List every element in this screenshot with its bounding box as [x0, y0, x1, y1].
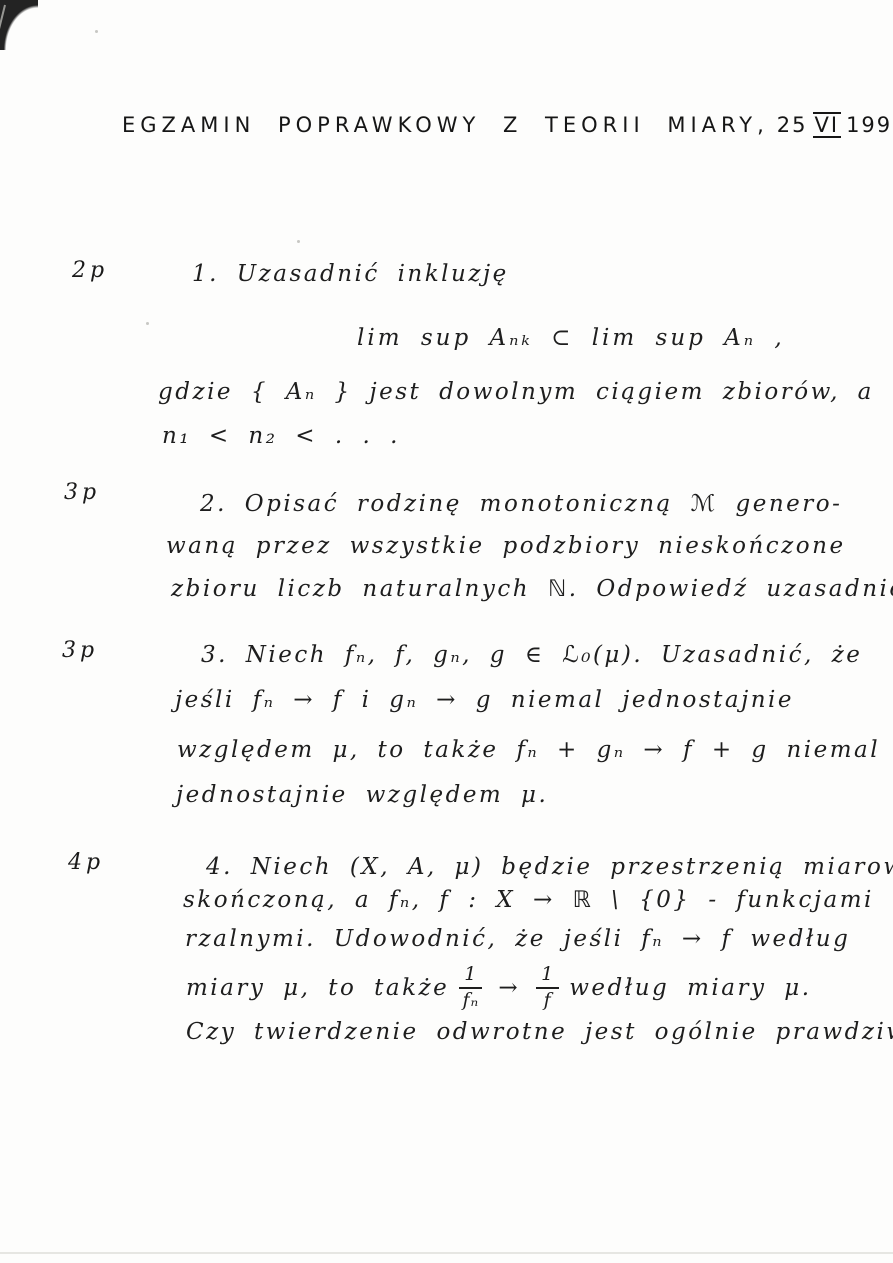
- problem-1-line-2: gdzie { Aₙ } jest dowolnym ciągiem zbior…: [158, 378, 874, 407]
- problem-3-line-3: względem μ, to także fₙ + gₙ → f + g nie…: [177, 736, 880, 765]
- problem-3-line-4: jednostajnie względem μ.: [176, 781, 548, 810]
- problem-4-line-3: rzalnymi. Udowodnić, że jeśli fₙ → f wed…: [185, 925, 850, 954]
- problem-1-line-1: 1. Uzasadnić inkluzję: [192, 260, 509, 289]
- exam-date: 25VI1998: [777, 113, 893, 137]
- arrow-glyph: →: [498, 974, 520, 1003]
- problem-1-line-3: n₁ < n₂ < . . .: [162, 422, 400, 451]
- problem-2-line-1: 2. Opisać rodzinę monotoniczną ℳ genero-: [200, 490, 842, 519]
- fraction-denominator: f: [544, 989, 552, 1012]
- date-month-roman: VI: [813, 112, 842, 138]
- scan-speck: [146, 322, 149, 325]
- fraction-one-over-f: 1 f: [536, 964, 559, 1012]
- scan-speck: [297, 240, 300, 243]
- problem-4-line-2: skończoną, a fₙ, f : X → ℝ \ {0} - funkc…: [183, 886, 893, 915]
- problem-3-points: 3p: [62, 638, 98, 663]
- problem-2-line-3: zbioru liczb naturalnych ℕ. Odpowiedź uz…: [171, 575, 893, 604]
- problem-3-line-1: 3. Niech fₙ, f, gₙ, g ∈ ℒ₀(μ). Uzasadnić…: [201, 641, 862, 670]
- exam-title-text: EGZAMIN POPRAWKOWY Z TEORII MIARY,: [122, 113, 769, 137]
- problem-4-line-4: miary μ, to także 1 fₙ → 1 f według miar…: [186, 960, 812, 1016]
- exam-title: EGZAMIN POPRAWKOWY Z TEORII MIARY,25VI19…: [122, 112, 893, 138]
- problem-2-points: 3p: [64, 480, 100, 505]
- problem-1-points: 2p: [72, 258, 108, 283]
- problem-4-line-4-suffix: według miary μ.: [569, 974, 811, 1003]
- scan-line: [0, 1252, 893, 1254]
- fraction-one-over-fn: 1 fₙ: [459, 964, 482, 1012]
- problem-4-line-5: Czy twierdzenie odwrotne jest ogólnie pr…: [186, 1018, 893, 1047]
- problem-1-formula: lim sup Aₙₖ ⊂ lim sup Aₙ ,: [357, 324, 785, 353]
- problem-4-line-1: 4. Niech (X, A, μ) będzie przestrzenią m…: [206, 853, 893, 882]
- date-day: 25: [777, 113, 808, 137]
- fraction-numerator: 1: [459, 964, 482, 989]
- date-year: 1998: [846, 113, 893, 137]
- scan-speck: [95, 30, 98, 33]
- paper-corner-artifact: [0, 0, 38, 50]
- fraction-denominator: fₙ: [462, 989, 479, 1012]
- problem-4-points: 4p: [68, 850, 104, 875]
- fraction-numerator: 1: [536, 964, 559, 989]
- problem-4-line-4-prefix: miary μ, to także: [186, 974, 449, 1003]
- problem-2-line-2: waną przez wszystkie podzbiory nieskończ…: [166, 532, 846, 561]
- scanned-exam-page: EGZAMIN POPRAWKOWY Z TEORII MIARY,25VI19…: [0, 0, 893, 1263]
- problem-3-line-2: jeśli fₙ → f i gₙ → g niemal jednostajni…: [175, 686, 794, 715]
